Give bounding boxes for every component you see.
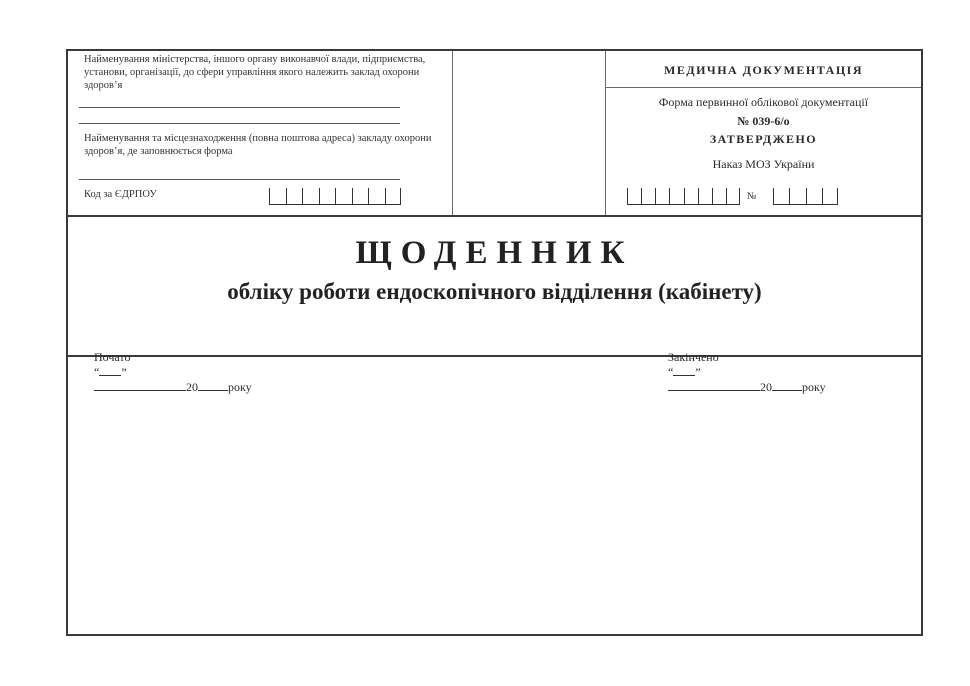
comb-cell[interactable] [806, 188, 822, 204]
ministry-label: Найменування міністерства, іншого органу… [84, 53, 454, 92]
order-number-comb-field[interactable] [773, 188, 838, 205]
comb-cell[interactable] [352, 188, 369, 204]
comb-cell[interactable] [655, 188, 669, 204]
form-frame: Найменування міністерства, іншого органу… [66, 49, 923, 636]
empty-body-area [68, 357, 921, 634]
comb-cell[interactable] [627, 188, 641, 204]
form-header: Найменування міністерства, іншого органу… [68, 51, 921, 217]
comb-cell[interactable] [789, 188, 805, 204]
form-number: № 039-6/о [606, 114, 921, 129]
comb-cell[interactable] [286, 188, 303, 204]
institution-line[interactable] [79, 179, 400, 180]
institution-label: Найменування та місцезнаходження (повна … [84, 132, 454, 158]
medical-documentation-title: МЕДИЧНА ДОКУМЕНТАЦІЯ [606, 51, 921, 88]
form-info-cell: МЕДИЧНА ДОКУМЕНТАЦІЯ Форма первинної обл… [606, 51, 921, 215]
institution-cell: Найменування міністерства, іншого органу… [68, 51, 453, 215]
approved-label: ЗАТВЕРДЖЕНО [606, 132, 921, 147]
order-date-comb-field[interactable] [627, 188, 740, 205]
ministry-line-1[interactable] [79, 107, 400, 108]
comb-cell[interactable] [385, 188, 402, 204]
form-caption: Форма первинної облікової документації [606, 95, 921, 110]
document-title: ЩОДЕННИК [68, 235, 921, 272]
comb-cell[interactable] [684, 188, 698, 204]
document-subtitle: обліку роботи ендоскопічного відділення … [68, 279, 921, 305]
blank-cell [453, 51, 606, 215]
edrpou-comb-field[interactable] [269, 188, 401, 205]
order-label: Наказ МОЗ України [606, 157, 921, 172]
comb-cell[interactable] [822, 188, 838, 204]
comb-cell[interactable] [669, 188, 683, 204]
comb-cell[interactable] [319, 188, 336, 204]
comb-cell[interactable] [712, 188, 726, 204]
comb-cell[interactable] [368, 188, 385, 204]
number-sign: № [747, 191, 757, 202]
comb-cell[interactable] [302, 188, 319, 204]
ministry-line-2[interactable] [79, 123, 400, 124]
comb-cell[interactable] [335, 188, 352, 204]
comb-cell[interactable] [698, 188, 712, 204]
comb-cell[interactable] [726, 188, 740, 204]
comb-cell[interactable] [773, 188, 789, 204]
title-block: ЩОДЕННИК обліку роботи ендоскопічного ві… [68, 217, 921, 357]
comb-cell[interactable] [269, 188, 286, 204]
comb-cell[interactable] [641, 188, 655, 204]
edrpou-label: Код за ЄДРПОУ [84, 189, 157, 200]
